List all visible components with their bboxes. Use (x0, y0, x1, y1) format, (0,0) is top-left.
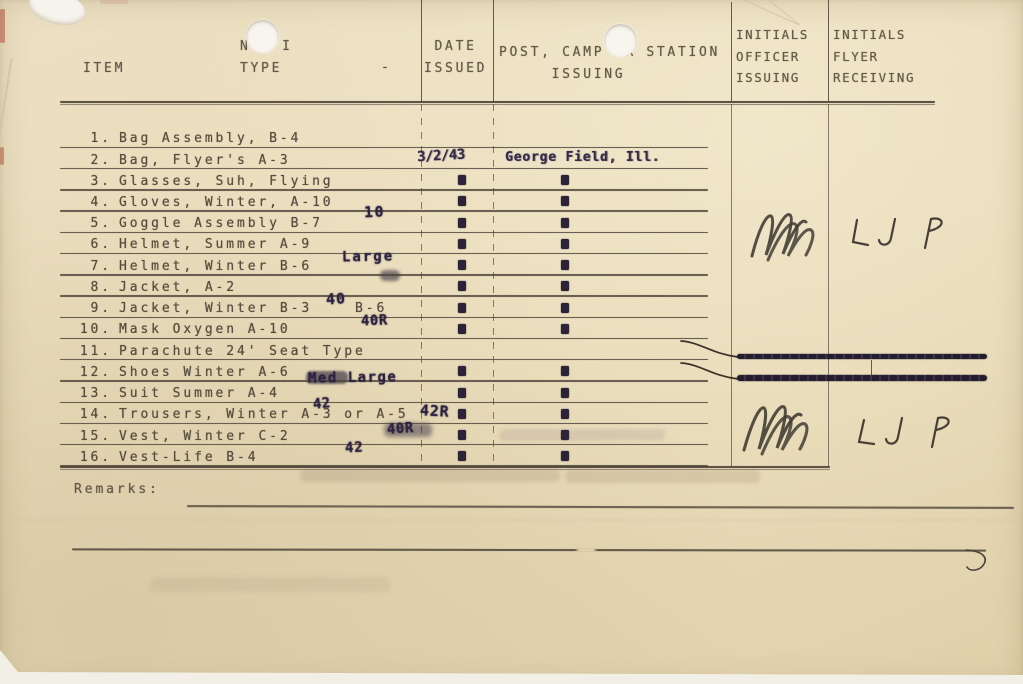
ink-transfer-smudge (499, 429, 666, 441)
table-row-number: 3. (78, 174, 112, 189)
officer-initials-scribble: MW (748, 198, 828, 268)
table-row-item: Vest, Winter C-2 (119, 429, 291, 444)
ditto-mark-station (561, 239, 569, 249)
size-stamp: 42R (420, 401, 450, 421)
size-stamp: 40R (361, 313, 388, 330)
table-row-number: 13. (78, 386, 112, 401)
size-stamp: 10 (364, 203, 386, 222)
size-stamp: 40 (326, 289, 347, 308)
table-row-item: Mask Oxygen A-10 (119, 322, 291, 337)
table-row-line (60, 274, 708, 275)
stray-dash-mark: - (381, 60, 392, 75)
pen-hook-mark (958, 542, 998, 582)
ditto-mark-date (458, 451, 466, 461)
column-line-date-right (493, 0, 495, 102)
ditto-mark-station (561, 388, 569, 398)
table-row-number: 12. (78, 365, 112, 380)
ditto-mark-date (458, 260, 466, 270)
date-issued-value: 3/2/43 (417, 146, 465, 164)
table-row-item: Helmet, Winter B-6 (119, 259, 312, 274)
header-underline (60, 101, 935, 103)
ditto-mark-date (458, 281, 466, 291)
torn-spot (50, 0, 78, 18)
ditto-mark-station (561, 366, 569, 376)
header-officer-initials: INITIALS OFFICER ISSUING (736, 24, 809, 89)
column-line-officer-left (731, 2, 733, 102)
flyer-initials-handwriting: L J P (852, 410, 962, 455)
table-row-line (60, 338, 708, 339)
ditto-mark-date (458, 430, 466, 440)
ditto-mark-station (561, 196, 569, 206)
ditto-mark-station (561, 409, 569, 419)
column-body-line-flyer (828, 104, 829, 467)
punch-hole (604, 24, 637, 57)
remarks-label: Remarks: (74, 482, 160, 497)
column-line-flyer-left (828, 0, 830, 102)
table-row-item: Glasses, Suh, Flying (119, 174, 334, 189)
table-row-number: 2. (78, 153, 112, 168)
ditto-mark-station (561, 218, 569, 228)
red-edge-mark (0, 147, 4, 165)
ditto-mark-date (458, 303, 466, 313)
remarks-line (187, 505, 1014, 509)
table-row-line (60, 147, 708, 148)
table-row-number: 9. (78, 301, 112, 316)
column-dashed-line-date-right (493, 104, 494, 466)
ditto-mark-station (561, 175, 569, 185)
table-row-number: 14. (78, 407, 112, 422)
table-row-number: 7. (78, 259, 112, 274)
table-row-number: 16. (78, 450, 112, 465)
table-row-line (60, 423, 708, 424)
header-flyer-initials: INITIALS FLYER RECEIVING (833, 24, 915, 89)
table-row-item: Helmet, Summer A-9 (119, 237, 312, 252)
punch-hole (246, 20, 279, 53)
ditto-mark-date (458, 175, 466, 185)
table-row-number: 6. (78, 237, 112, 252)
table-row-item: Jacket, A-2 (119, 280, 237, 295)
ruled-line (72, 548, 986, 551)
officer-initials-scribble: MW (740, 390, 824, 462)
header-date-issued: DATE ISSUED (424, 36, 487, 79)
ink-transfer-smudge (565, 470, 760, 483)
ditto-mark-date (458, 324, 466, 334)
table-row-item: Goggle Assembly B-7 (119, 216, 323, 231)
ditto-mark-station (561, 451, 569, 461)
header-underline-2 (60, 104, 935, 105)
paper-sheet: ITEM N I TYPE DATE ISSUED POST, CAMP OR … (0, 0, 1023, 684)
fold-crease (0, 519, 1023, 521)
table-row-item: Bag Assembly, B-4 (119, 131, 301, 146)
crease-line (0, 58, 12, 141)
size-stamp: Med Large (308, 369, 398, 387)
table-row-item: Suit Summer A-4 (119, 386, 280, 401)
ink-transfer-smudge (150, 577, 390, 592)
ink-transfer-smudge (300, 469, 560, 482)
ditto-mark-station (561, 430, 569, 440)
size-stamp: Large (342, 249, 394, 266)
strikeout-line (737, 375, 987, 381)
ditto-mark-date (458, 366, 466, 376)
table-row-line (60, 232, 708, 233)
table-row-item: Shoes Winter A-6 (119, 365, 291, 380)
table-row-line (60, 189, 708, 190)
ditto-mark-date (458, 239, 466, 249)
flyer-initials-handwriting: L J P (845, 212, 955, 257)
header-item: ITEM (83, 58, 125, 80)
table-row-item: Gloves, Winter, A-10 (119, 195, 334, 210)
table-row-item: Bag, Flyer's A-3 (119, 153, 291, 168)
red-edge-mark (100, 0, 128, 4)
table-row-item: Trousers, Winter A-3 or A-5 (119, 407, 409, 422)
ditto-mark-station (561, 324, 569, 334)
ditto-mark-date (458, 218, 466, 228)
ditto-mark-date (458, 196, 466, 206)
table-row-item: Parachute 24' Seat Type (119, 344, 366, 359)
ditto-mark-station (561, 281, 569, 291)
size-stamp: 42 (345, 440, 365, 457)
table-row-number: 4. (78, 195, 112, 210)
red-edge-mark (0, 9, 5, 43)
station-value: George Field, Ill. (505, 150, 660, 165)
table-row-line (60, 359, 708, 360)
table-row-line (60, 295, 708, 296)
table-row-number: 8. (78, 280, 112, 295)
table-row-number: 11. (78, 344, 112, 359)
table-row-number: 10. (78, 322, 112, 337)
scanned-document: ITEM N I TYPE DATE ISSUED POST, CAMP OR … (0, 0, 1023, 684)
ditto-mark-station (561, 260, 569, 270)
ditto-mark-station (561, 303, 569, 313)
ditto-mark-date (458, 388, 466, 398)
table-row-line (60, 168, 708, 169)
table-row-line (60, 465, 708, 466)
table-row-item: Vest-Life B-4 (119, 450, 258, 465)
column-line-date-left (421, 0, 423, 102)
size-stamp: 40R (386, 420, 414, 438)
strikeout-line (737, 354, 987, 360)
strikeout-tick (871, 360, 873, 376)
column-body-line-officer (731, 104, 732, 467)
ditto-mark-date (458, 409, 466, 419)
table-row-line (60, 444, 708, 445)
table-row-line (60, 402, 708, 403)
table-row-number: 15. (78, 429, 112, 444)
table-row-number: 5. (78, 216, 112, 231)
table-row-item: Jacket, Winter B-3 B-6 (119, 301, 387, 316)
table-row-number: 1. (78, 131, 112, 146)
size-stamp: 42 (312, 395, 331, 413)
